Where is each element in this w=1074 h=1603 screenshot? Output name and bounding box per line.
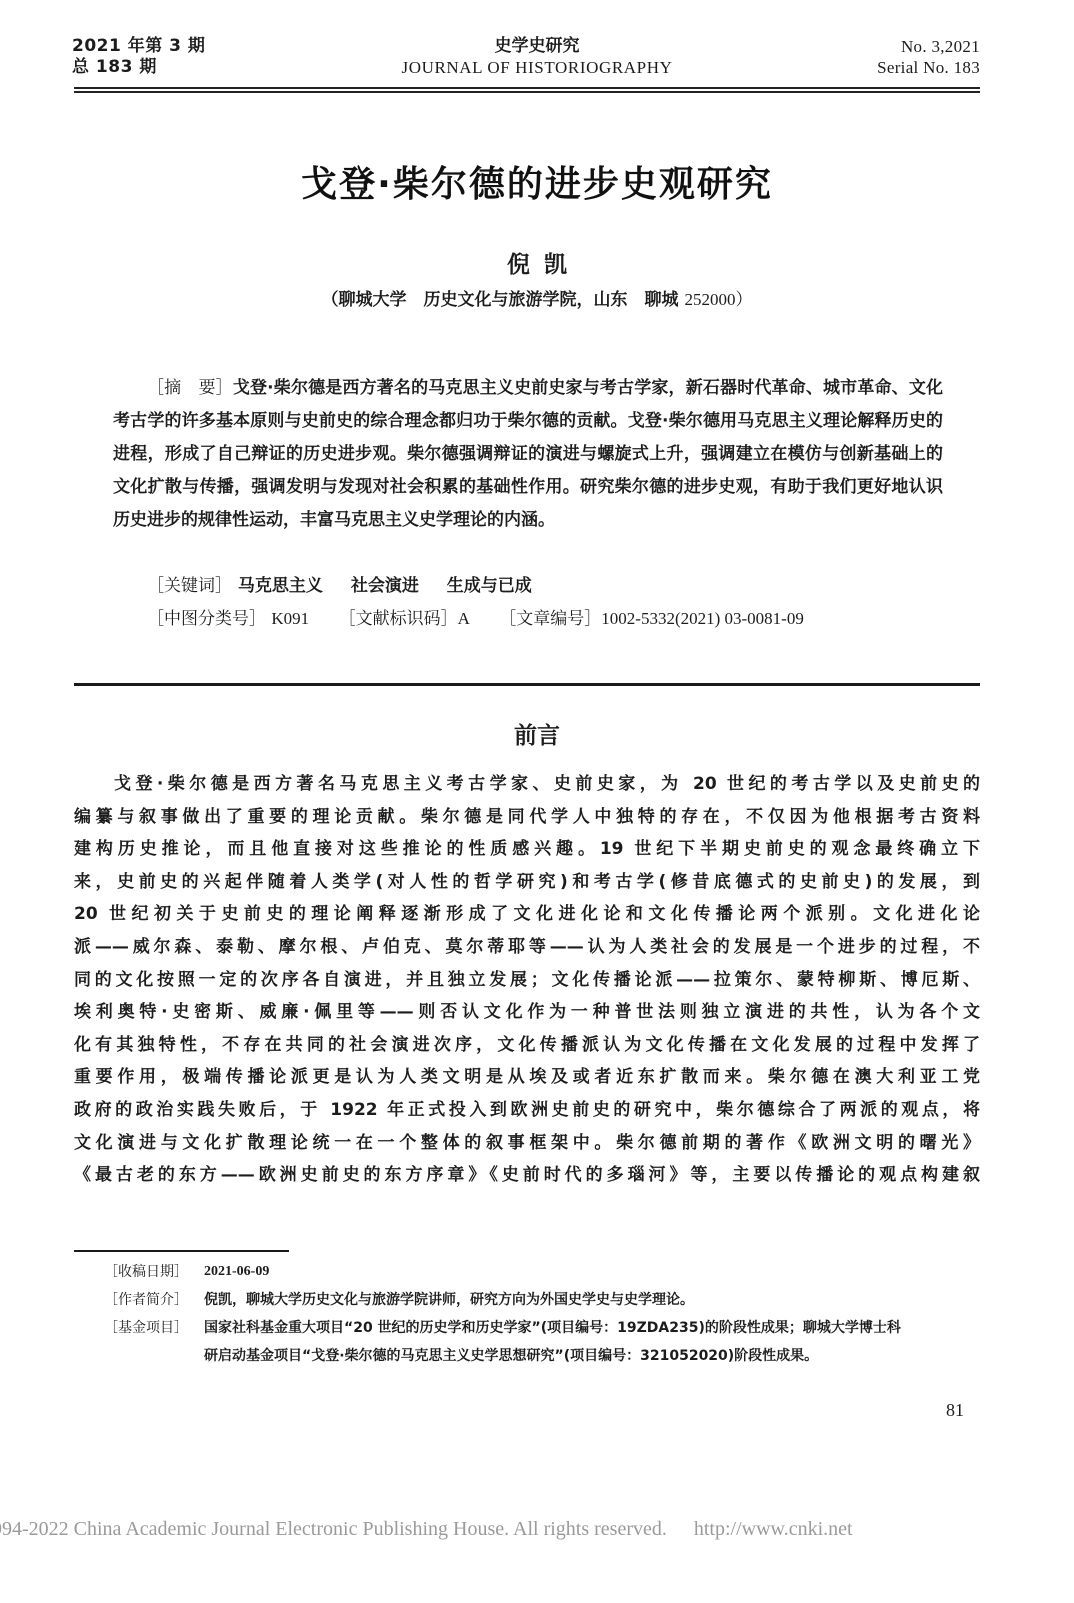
body-paragraph: 戈登·柴尔德是西方著名马克思主义考古学家、史前史家，为 20 世纪的考古学以及史… bbox=[74, 768, 980, 1192]
abstract-label: ［摘 要］ bbox=[147, 378, 233, 398]
keywords-label: ［关键词］ bbox=[147, 576, 232, 596]
clc-value: K091 bbox=[271, 609, 309, 628]
abstract: ［摘 要］戈登·柴尔德是西方著名的马克思主义史前史家与考古学家，新石器时代革命、… bbox=[113, 372, 943, 537]
body-line: 化有其独特性，不存在共同的社会演进次序，文化传播派认为文化传播在文化发展的过程中… bbox=[74, 1029, 980, 1062]
doc-code-label: ［文献标识码］ bbox=[339, 609, 458, 629]
body-line: 来，史前史的兴起伴随着人类学(对人性的哲学研究)和考古学(修昔底德式的史前史)的… bbox=[74, 866, 980, 899]
clc-label: ［中图分类号］ bbox=[147, 609, 266, 629]
footnotes: ［收稿日期］ 2021-06-09 ［作者简介］ 倪凯，聊城大学历史文化与旅游学… bbox=[104, 1258, 984, 1370]
body-line: 派——威尔森、泰勒、摩尔根、卢伯克、莫尔蒂耶等——认为人类社会的发展是一个进步的… bbox=[74, 931, 980, 964]
author-name: 倪凯 bbox=[0, 250, 1074, 280]
section-divider bbox=[74, 683, 980, 686]
author-affiliation: （聊城大学 历史文化与旅游学院，山东 聊城 252000） bbox=[0, 288, 1074, 312]
footnote-rule bbox=[74, 1250, 289, 1252]
issue-number-en: No. 3,2021 bbox=[877, 36, 980, 57]
body-line: 埃利奥特·史密斯、威廉·佩里等——则否认文化作为一种普世法则独立演进的共性，认为… bbox=[74, 996, 980, 1029]
body-line: 《最古老的东方——欧洲史前史的东方序章》《史前时代的多瑙河》等，主要以传播论的观… bbox=[74, 1159, 980, 1192]
cnki-link[interactable]: http://www.cnki.net bbox=[694, 1518, 853, 1540]
section-heading: 前言 bbox=[0, 720, 1074, 752]
keywords: ［关键词］ 马克思主义 社会演进 生成与已成 bbox=[147, 570, 532, 603]
postcode: 252000） bbox=[684, 290, 752, 309]
page-number: 81 bbox=[946, 1400, 964, 1421]
fund-text-line1: 国家社科基金重大项目“20 世纪的历史学和历史学家”(项目编号：19ZDA235… bbox=[204, 1314, 984, 1342]
received-label: ［收稿日期］ bbox=[104, 1258, 204, 1286]
body-line: 同的文化按照一定的次序各自演进，并且独立发展；文化传播论派——拉策尔、蒙特柳斯、… bbox=[74, 964, 980, 997]
copyright-footer: 994-2022 China Academic Journal Electron… bbox=[0, 1518, 1074, 1541]
keyword-item: 社会演进 bbox=[351, 576, 419, 596]
body-line: 重要作用，极端传播论派更是认为人类文明是从埃及或者近东扩散而来。柴尔德在澳大利亚… bbox=[74, 1061, 980, 1094]
author-bio-label: ［作者简介］ bbox=[104, 1286, 204, 1314]
abstract-text: 戈登·柴尔德是西方著名的马克思主义史前史家与考古学家，新石器时代革命、城市革命、… bbox=[113, 378, 943, 530]
body-line: 编纂与叙事做出了重要的理论贡献。柴尔德是同代学人中独特的存在，不仅因为他根据考古… bbox=[74, 801, 980, 834]
copyright-text: 994-2022 China Academic Journal Electron… bbox=[0, 1518, 667, 1540]
keyword-item: 马克思主义 bbox=[238, 576, 323, 596]
doc-code-value: A bbox=[458, 609, 470, 628]
fund-text-line2: 研启动基金项目“戈登·柴尔德的马克思主义史学思想研究”(项目编号：3210520… bbox=[104, 1342, 984, 1370]
keyword-item: 生成与已成 bbox=[447, 576, 532, 596]
author-bio-text: 倪凯，聊城大学历史文化与旅游学院讲师，研究方向为外国史学史与史学理论。 bbox=[204, 1286, 984, 1314]
article-no-label: ［文章编号］ bbox=[499, 609, 601, 629]
footnote-fund: ［基金项目］ 国家社科基金重大项目“20 世纪的历史学和历史学家”(项目编号：1… bbox=[104, 1314, 984, 1342]
received-date: 2021-06-09 bbox=[204, 1258, 984, 1286]
fund-label: ［基金项目］ bbox=[104, 1314, 204, 1342]
serial-number-en: Serial No. 183 bbox=[877, 57, 980, 78]
header-double-rule bbox=[74, 87, 980, 93]
body-line: 戈登·柴尔德是西方著名马克思主义考古学家、史前史家，为 20 世纪的考古学以及史… bbox=[74, 768, 980, 801]
article-no-value: 1002-5332(2021) 03-0081-09 bbox=[601, 609, 804, 628]
body-line: 政府的政治实践失败后，于 1922 年正式投入到欧洲史前史的研究中，柴尔德综合了… bbox=[74, 1094, 980, 1127]
classification-info: ［中图分类号］ K091 ［文献标识码］A ［文章编号］1002-5332(20… bbox=[147, 602, 804, 636]
body-line: 20 世纪初关于史前史的理论阐释逐渐形成了文化进化论和文化传播论两个派别。文化进… bbox=[74, 898, 980, 931]
affiliation-text: （聊城大学 历史文化与旅游学院，山东 聊城 bbox=[322, 290, 679, 310]
article-title: 戈登·柴尔德的进步史观研究 bbox=[0, 160, 1074, 210]
footnote-received: ［收稿日期］ 2021-06-09 bbox=[104, 1258, 984, 1286]
body-line: 文化演进与文化扩散理论统一在一个整体的叙事框架中。柴尔德前期的著作《欧洲文明的曙… bbox=[74, 1127, 980, 1160]
body-line: 建构历史推论，而且他直接对这些推论的性质感兴趣。19 世纪下半期史前史的观念最终… bbox=[74, 833, 980, 866]
issue-info-en: No. 3,2021 Serial No. 183 bbox=[877, 36, 980, 78]
footnote-author: ［作者简介］ 倪凯，聊城大学历史文化与旅游学院讲师，研究方向为外国史学史与史学理… bbox=[104, 1286, 984, 1314]
